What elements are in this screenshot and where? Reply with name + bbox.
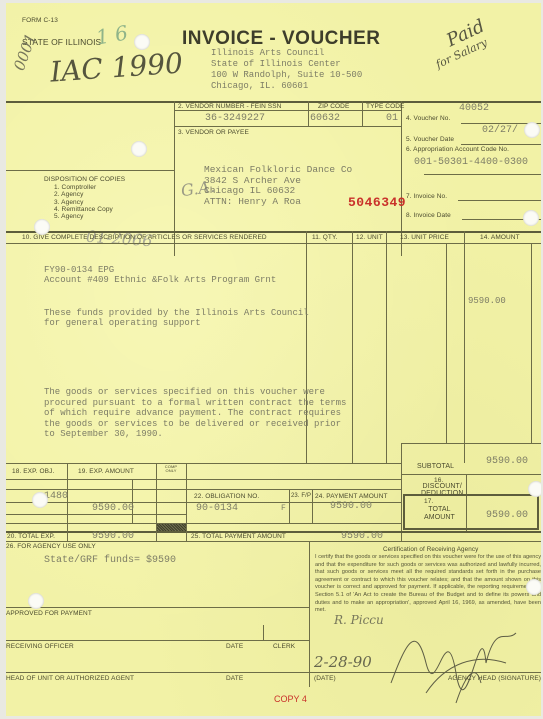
- invoice-date-label: 8. Invoice Date: [406, 212, 451, 219]
- divider: [174, 110, 401, 111]
- divider: [464, 231, 465, 463]
- obligation-no-label: 22. OBLIGATION NO.: [194, 493, 259, 500]
- agency-address-line: 100 W Randolph, Suite 10-500: [211, 70, 362, 81]
- contract-text-line: procured pursuant to a formal written co…: [44, 398, 346, 409]
- stamped-control-number: 5046349: [348, 195, 406, 210]
- agency-address-line: Illinois Arts Council: [211, 48, 362, 59]
- contract-text-line: the goods or services to be delivered or…: [44, 419, 346, 430]
- punch-hole: [32, 492, 48, 508]
- punch-hole: [134, 34, 150, 50]
- divider: [6, 640, 309, 641]
- divider: [312, 489, 313, 523]
- voucher-top-number: 40052: [459, 103, 489, 114]
- payment-amount-label: 24. PAYMENT AMOUNT: [315, 493, 388, 500]
- agency-use-label: 26. FOR AGENCY USE ONLY: [6, 543, 96, 550]
- line-amount: 9590.00: [468, 296, 506, 307]
- divider: [132, 479, 133, 523]
- divider: [6, 170, 174, 171]
- payee-attention: ATTN: Henry A Roa: [204, 197, 352, 208]
- appropriation-code: 001-50301-4400-0300: [414, 157, 528, 168]
- contract-text-line: The goods or services specified on this …: [44, 387, 346, 398]
- punch-hole: [28, 593, 44, 609]
- handwritten-initials: R. Piccu: [334, 613, 384, 627]
- obligation-suffix: F: [281, 504, 286, 513]
- vendor-number-label: 2. VENDOR NUMBER - FEIN SSN: [178, 103, 281, 110]
- voucher-no-label: 4. Voucher No.: [406, 115, 450, 122]
- divider: [289, 489, 290, 523]
- unit-header: 12. UNIT: [356, 234, 383, 241]
- contract-text-line: of which require advance payment. The co…: [44, 408, 346, 419]
- divider: [401, 443, 402, 541]
- divider: [401, 443, 541, 444]
- exp-amount-value: 9590.00: [92, 503, 134, 514]
- divider: [446, 243, 447, 443]
- form-title: INVOICE - VOUCHER: [182, 28, 381, 50]
- voucher-date-line: [461, 144, 541, 145]
- divider: [6, 541, 541, 542]
- divider: [6, 463, 401, 464]
- copy-label: COPY 4: [274, 694, 307, 704]
- voucher-date-value: 02/27/: [482, 125, 518, 136]
- shaded-cell: [157, 524, 186, 531]
- disposition-item: 2. Agency: [54, 191, 113, 198]
- total-amount-value: 9590.00: [486, 510, 528, 521]
- invoice-voucher-document: FORM C-13 STATE OF ILLINOIS INVOICE - VO…: [6, 3, 541, 716]
- divider: [386, 231, 387, 463]
- divider: [308, 101, 309, 126]
- date-label: DATE: [226, 643, 243, 650]
- total-number: 17.: [424, 498, 433, 505]
- divider: [362, 101, 363, 126]
- punch-hole: [34, 219, 50, 235]
- disposition-item: 4. Remittance Copy: [54, 206, 113, 213]
- divider: [174, 126, 401, 127]
- subtotal-value: 9590.00: [486, 456, 528, 467]
- total-exp-label: 20. TOTAL EXP.: [7, 533, 55, 540]
- cert-date-label: (DATE): [314, 675, 336, 682]
- form-number: FORM C-13: [22, 17, 58, 24]
- qty-header: 11. QTY.: [312, 234, 338, 241]
- agency-address: Illinois Arts Council State of Illinois …: [211, 48, 362, 92]
- invoice-no-label: 7. Invoice No.: [406, 193, 447, 200]
- total-label: TOTAL AMOUNT: [424, 506, 455, 522]
- divider: [6, 523, 401, 524]
- handwritten-iac-1990: IAC 1990: [49, 46, 184, 88]
- total-payment-value: 9590.00: [341, 531, 383, 542]
- approved-for-payment-label: APPROVED FOR PAYMENT: [6, 610, 92, 617]
- handwritten-cert-date: 2-28-90: [314, 653, 372, 671]
- disposition-title: DISPOSITION OF COPIES: [44, 176, 125, 183]
- faint-green-marks: 1 6: [94, 20, 129, 49]
- type-code-label: TYPE CODE: [366, 103, 404, 110]
- unit-price-header: 13. UNIT PRICE: [400, 234, 449, 241]
- disposition-item: 1. Comptroller: [54, 184, 113, 191]
- divider: [6, 243, 541, 244]
- date-label-2: DATE: [226, 675, 243, 682]
- contract-text: The goods or services specified on this …: [44, 387, 346, 440]
- divider: [6, 479, 401, 480]
- divider: [263, 625, 264, 640]
- agency-head-signature: [386, 603, 536, 713]
- voucher-date-label: 5. Voucher Date: [406, 136, 454, 143]
- subtotal-label: SUBTOTAL: [417, 463, 454, 470]
- agency-use-value: State/GRF funds= $9590: [44, 555, 176, 566]
- discount-label-line: DISCOUNT/: [421, 483, 464, 490]
- payee-label: 3. VENDOR OR PAYEE: [178, 129, 249, 136]
- divider: [186, 463, 187, 541]
- description-line-4: for general operating support: [44, 318, 201, 329]
- type-code-value: 01: [386, 113, 398, 124]
- vendor-number-value: 36-3249227: [205, 113, 265, 124]
- divider: [309, 541, 310, 687]
- description-header: 10. GIVE COMPLETE DESCRIPTION OF ARTICLE…: [22, 234, 267, 241]
- zip-code-label: ZIP CODE: [318, 103, 349, 110]
- handwritten-margin-note: 0001: [10, 31, 40, 73]
- divider: [531, 243, 532, 443]
- zip-code-value: 60632: [310, 113, 340, 124]
- payee-city: Chicago IL 60632: [204, 186, 352, 197]
- punch-hole: [526, 579, 541, 595]
- divider: [6, 514, 186, 515]
- certification-title: Certification of Receiving Agency: [383, 546, 478, 553]
- fp-label: 23. F/P: [291, 493, 311, 499]
- appropriation-line: [424, 174, 541, 175]
- punch-hole: [524, 122, 540, 138]
- divider: [6, 489, 401, 490]
- exp-amount-label: 19. EXP. AMOUNT: [78, 468, 134, 475]
- total-exp-value: 9590.00: [92, 531, 134, 542]
- disposition-item: 3. Agency: [54, 199, 113, 206]
- description-line-2: Account #409 Ethnic &Folk Arts Program G…: [44, 275, 276, 286]
- divider: [6, 607, 309, 608]
- agency-address-line: Chicago, IL. 60601: [211, 81, 362, 92]
- contract-text-line: to September 30, 1990.: [44, 429, 346, 440]
- punch-hole: [523, 210, 539, 226]
- total-payment-label: 25. TOTAL PAYMENT AMOUNT: [191, 533, 286, 540]
- disposition-item: 5. Agency: [54, 213, 113, 220]
- agency-address-line: State of Illinois Center: [211, 59, 362, 70]
- agency-head-signature-label: AGENCY HEAD (SIGNATURE): [448, 675, 541, 682]
- appropriation-label: 6. Appropriation Account Code No.: [406, 146, 509, 153]
- comp-only-label: COMP ONLY: [163, 465, 179, 473]
- obligation-no-value: 90-0134: [196, 503, 238, 514]
- total-label-line: AMOUNT: [424, 514, 455, 522]
- exp-obj-label: 18. EXP. OBJ.: [12, 468, 54, 475]
- punch-hole: [528, 481, 541, 497]
- invoice-no-line: [458, 200, 541, 201]
- payee-address: Mexican Folkloric Dance Co 3842 S Archer…: [204, 165, 352, 207]
- clerk-label: CLERK: [273, 643, 295, 650]
- divider: [6, 231, 541, 233]
- total-label-line: TOTAL: [424, 506, 455, 514]
- amount-header: 14. AMOUNT: [480, 234, 520, 241]
- disposition-list: 1. Comptroller 2. Agency 3. Agency 4. Re…: [54, 184, 113, 220]
- punch-hole: [131, 141, 147, 157]
- receiving-officer-label: RECEIVING OFFICER: [6, 643, 74, 650]
- divider: [67, 463, 68, 541]
- payment-amount-value: 9590.00: [330, 501, 372, 512]
- payee-name: Mexican Folkloric Dance Co: [204, 165, 352, 176]
- divider: [401, 474, 541, 475]
- divider: [352, 231, 353, 463]
- head-of-unit-label: HEAD OF UNIT OR AUTHORIZED AGENT: [6, 675, 134, 682]
